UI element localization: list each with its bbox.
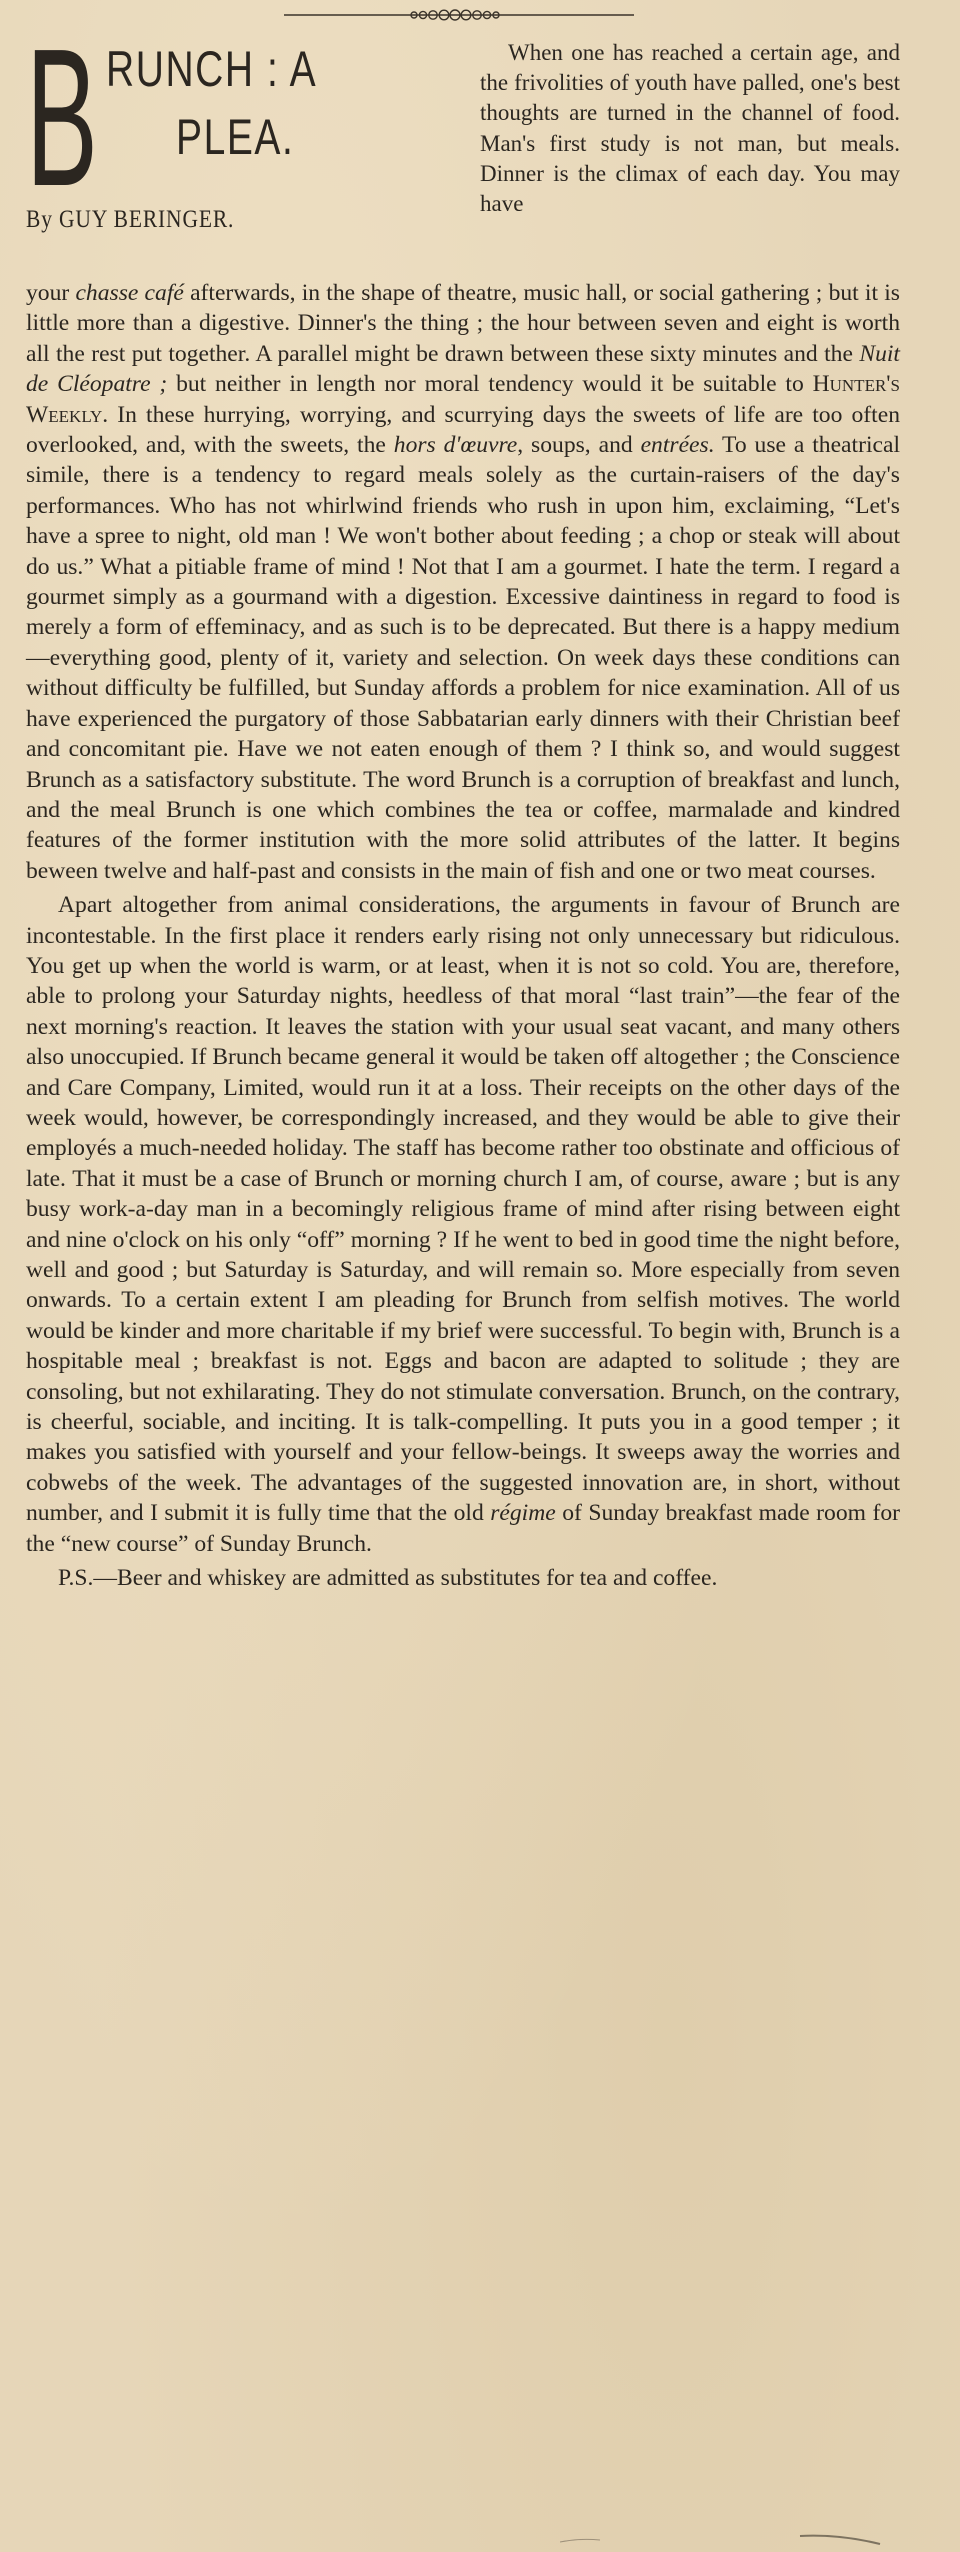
byline: By GUY BERINGER. bbox=[26, 206, 234, 234]
text-run: régime bbox=[490, 1500, 556, 1526]
article-paragraph: your chasse café afterwards, in the shap… bbox=[26, 278, 900, 886]
text-run: entrées. bbox=[641, 432, 715, 458]
text-run: hors d'œuvre bbox=[394, 432, 517, 458]
text-run: P.S.—Beer and whiskey are admitted as su… bbox=[58, 1565, 717, 1591]
text-run: your bbox=[26, 280, 75, 306]
article-heading: B RUNCH : A PLEA. By GUY BERINGER. bbox=[26, 30, 446, 280]
ornament-icon bbox=[284, 8, 634, 22]
decorative-rule-ornament bbox=[284, 8, 634, 22]
article-paragraph: P.S.—Beer and whiskey are admitted as su… bbox=[26, 1563, 900, 1593]
text-run: but neither in length nor moral tendency… bbox=[167, 371, 812, 397]
drop-cap: B bbox=[26, 38, 98, 198]
text-run: Apart altogether from animal considerati… bbox=[26, 892, 900, 1526]
title-line-1: RUNCH : A bbox=[106, 44, 317, 94]
text-run: To use a theatrical simile, there is a t… bbox=[26, 432, 900, 884]
article-body: your chasse café afterwards, in the shap… bbox=[26, 278, 900, 1597]
text-run: chasse café bbox=[75, 280, 183, 306]
intro-text: When one has reached a certain age, and … bbox=[480, 38, 900, 219]
text-run: , soups, and bbox=[517, 432, 640, 458]
print-smudge bbox=[560, 2530, 900, 2550]
article-paragraph: Apart altogether from animal considerati… bbox=[26, 890, 900, 1559]
title-line-2: PLEA. bbox=[176, 112, 294, 162]
intro-column: When one has reached a certain age, and … bbox=[480, 38, 900, 219]
